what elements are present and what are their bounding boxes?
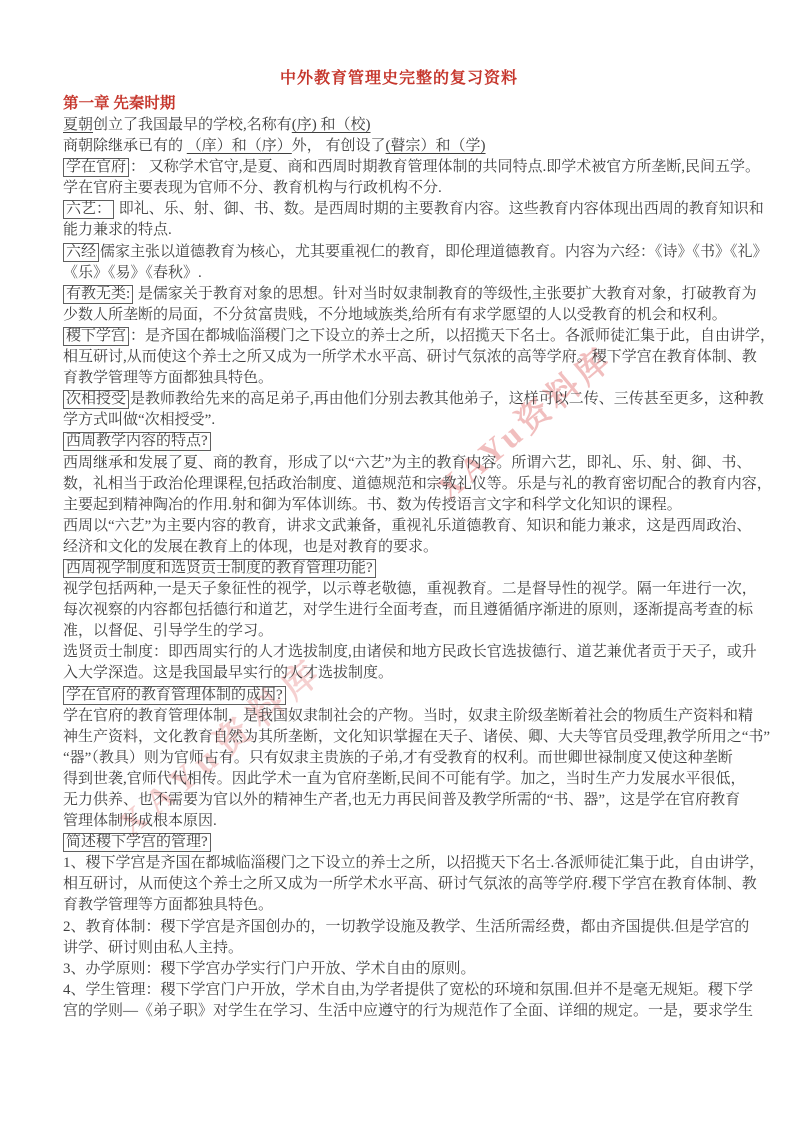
boxed-term: 次相授受 [63,390,129,409]
text-segment: 育教学管理等方面都独具特色。 [63,370,273,386]
text-segment: 创立了我国最早的学校,名称有 [93,117,292,133]
text-segment: ：是齐国在都城临淄稷门之下设立的养士之所，以招揽天下名士。各派师徒汇集于此，自由… [130,328,775,344]
text-line: 西周视学制度和选贤贡士制度的教育管理功能? [63,558,735,579]
text-line: 得到世袭,官师代代相传。因此学术一直为官府垄断,民间不可能有学。加之，当时生产力… [63,769,735,790]
boxed-term: 简述稷下学宫的管理? [63,833,211,852]
text-segment: ： 又称学术官守,是夏、商和西周时期教育管理体制的共同特点.即学术被官方所垄断,… [130,159,760,175]
lines: 夏朝创立了我国最早的学校,名称有(序) 和（校)商朝除继承已有的 （庠）和（序）… [63,115,735,1022]
text-segment: 学方式叫做“次相授受”. [63,412,215,428]
text-line: 神生产资料，文化教育自然为其所垄断，文化知识掌握在天子、诸侯、卿、大夫等官员受理… [63,727,735,748]
text-segment: 学在官府的教育管理体制，是我国奴隶制社会的产物。当时，奴隶主阶级垄断着社会的物质… [63,708,753,724]
text-line: 育教学管理等方面都独具特色。 [63,895,735,916]
text-line: 1、稷下学宫是齐国在都城临淄稷门之下设立的养士之所，以招揽天下名士.各派师徒汇集… [63,853,735,874]
text-segment: 入大学深造。这是我国最早实行的人才选拔制度。 [63,665,393,681]
underlined-term: （庠）和（序） [187,138,292,154]
underlined-term: (瞽宗）和（学) [386,138,486,154]
text-line: 相互研讨，从而使这个养士之所又成为一所学术水平高、研讨气氛浓的高等学府.稷下学宫… [63,874,735,895]
text-segment: 即礼、乐、射、御、书、数。是西周时期的主要教育内容。这些教育内容体现出西周的教育… [115,201,764,217]
text-segment: 外， 有创设了 [292,138,386,154]
text-line: 相互研讨,从而使这个养士之所又成为一所学术水平高、研讨气氛浓的高等学府。稷下学宫… [63,347,735,368]
text-line: 西周以“六艺”为主要内容的教育，讲求文武兼备，重视礼乐道德教育、知识和能力兼求，… [63,516,735,537]
text-segment: 1、稷下学宫是齐国在都城临淄稷门之下设立的养士之所，以招揽天下名士.各派师徒汇集… [63,855,764,871]
text-line: 准，以督促、引导学生的学习。 [63,621,735,642]
text-line: 能力兼求的特点. [63,220,735,241]
text-segment: 数，礼相当于政治伦理课程,包括政治制度、道德规范和宗教礼仪等。乐是与礼的教育密切… [63,476,772,492]
text-segment: 主要起到精神陶冶的作用.射和御为军体训练。书、数为传授语言文字和科学文化知识的课… [63,497,682,513]
text-segment: 西周以“六艺”为主要内容的教育，讲求文武兼备，重视礼乐道德教育、知识和能力兼求，… [63,518,751,534]
text-line: 学在官府的教育管理体制，是我国奴隶制社会的产物。当时，奴隶主阶级垄断着社会的物质… [63,706,735,727]
text-segment: 神生产资料，文化教育自然为其所垄断，文化知识掌握在天子、诸侯、卿、大夫等官员受理… [63,729,770,745]
text-line: 西周继承和发展了夏、商的教育，形成了以“六艺”为主的教育内容。所谓六艺，即礼、乐… [63,453,735,474]
text-segment: 得到世袭,官师代代相传。因此学术一直为官府垄断,民间不可能有学。加之，当时生产力… [63,771,746,787]
text-segment: 能力兼求的特点. [63,222,172,238]
text-segment: 学在官府主要表现为官师不分、教育机构与行政机构不分. [63,180,442,196]
boxed-term: 六艺： [63,200,114,219]
text-segment: 管理体制形成根本原因. [63,813,217,829]
text-line: 无力供养、也不需要为官以外的精神生产者,也无力再民间普及教学所需的“书、器”，这… [63,790,735,811]
text-line: 管理体制形成根本原因. [63,811,735,832]
text-line: 次相授受是教师教给先来的高足弟子,再由他们分别去教其他弟子，这样可以二传、三传甚… [63,389,735,410]
text-line: 《乐》《易》《春秋》. [63,263,735,284]
text-segment: 儒家主张以道德教育为核心，尤其要重视仁的教育，即伦理道德教育。内容为六经：《诗》… [100,244,768,260]
text-segment: 2、教育体制：稷下学宫是齐国创办的，一切教学设施及教学、生活所需经费，都由齐国提… [63,919,749,935]
text-segment: 无力供养、也不需要为官以外的精神生产者,也无力再民间普及教学所需的“书、器”，这… [63,792,740,808]
underlined-term: (序) 和（校) [292,117,371,133]
text-line: 3、办学原则：稷下学宫办学实行门户开放、学术自由的原则。 [63,959,735,980]
text-segment: “器”（教具）则为官师占有。只有奴隶主贵族的子弟,才有受教育的权利。而世卿世禄制… [63,750,733,766]
text-line: 少数人所垄断的局面，不分贫富贵贱，不分地域族类,给所有有求学愿望的人以受教育的机… [63,305,735,326]
text-line: 育教学管理等方面都独具特色。 [63,368,735,389]
underlined-term: 夏朝 [63,117,93,133]
text-segment: 每次视察的内容都包括德行和道艺，对学生进行全面考查，而且遵循循序渐进的原则，逐渐… [63,602,753,618]
text-segment: 《乐》《易》《春秋》. [63,265,202,281]
text-segment: 4、学生管理：稷下学宫门户开放，学术自由,为学者提供了宽松的环境和氛围.但并不是… [63,982,753,998]
text-line: 西周教学内容的特点? [63,431,735,452]
text-line: 选贤贡士制度：即西周实行的人才选拔制度,由诸侯和地方民政长官选拔德行、道艺兼优者… [63,642,735,663]
text-line: 讲学、研讨则由私人主持。 [63,938,735,959]
text-line: 经济和文化的发展在教育上的体现，也是对教育的要求。 [63,537,735,558]
text-line: 学在官府的教育管理体制的成因? [63,685,735,706]
boxed-term: 学在官府 [63,158,129,177]
text-line: 4、学生管理：稷下学宫门户开放，学术自由,为学者提供了宽松的环境和氛围.但并不是… [63,980,735,1001]
boxed-term: 六经 [63,243,99,262]
text-segment: 宫的学则—《弟子职》对学生在学习、生活中应遵守的行为规范作了全面、详细的规定。一… [63,1003,753,1019]
boxed-term: 西周视学制度和选贤贡士制度的教育管理功能? [63,559,376,578]
text-segment: 育教学管理等方面都独具特色。 [63,897,273,913]
boxed-term: 西周教学内容的特点? [63,432,211,451]
text-line: 夏朝创立了我国最早的学校,名称有(序) 和（校) [63,115,735,136]
text-line: 学在官府主要表现为官师不分、教育机构与行政机构不分. [63,178,735,199]
text-segment: 准，以督促、引导学生的学习。 [63,623,273,639]
text-line: 六艺： 即礼、乐、射、御、书、数。是西周时期的主要教育内容。这些教育内容体现出西… [63,199,735,220]
document-page: XAYu资料库 XAYu资料库 中外教育管理史完整的复习资料 第一章 先秦时期 … [0,0,794,1122]
page-content: 中外教育管理史完整的复习资料 第一章 先秦时期 夏朝创立了我国最早的学校,名称有… [63,68,735,1022]
chapter-heading: 第一章 先秦时期 [63,92,735,115]
text-line: 简述稷下学宫的管理? [63,832,735,853]
text-line: 有教无类: 是儒家关于教育对象的思想。针对当时奴隶制教育的等级性,主张要扩大教育… [63,284,735,305]
text-segment: 是儒家关于教育对象的思想。针对当时奴隶制教育的等级性,主张要扩大教育对象，打破教… [134,286,757,302]
text-line: 数，礼相当于政治伦理课程,包括政治制度、道德规范和宗教礼仪等。乐是与礼的教育密切… [63,474,735,495]
text-segment: 视学包括两种,一是天子象征性的视学，以示尊老敬德，重视教育。二是督导性的视学。隔… [63,581,757,597]
text-line: 学在官府： 又称学术官守,是夏、商和西周时期教育管理体制的共同特点.即学术被官方… [63,157,735,178]
text-line: “器”（教具）则为官师占有。只有奴隶主贵族的子弟,才有受教育的权利。而世卿世禄制… [63,748,735,769]
text-line: 2、教育体制：稷下学宫是齐国创办的，一切教学设施及教学、生活所需经费，都由齐国提… [63,917,735,938]
boxed-term: 稷下学宫 [63,327,129,346]
boxed-term: 有教无类: [63,285,133,304]
text-line: 宫的学则—《弟子职》对学生在学习、生活中应遵守的行为规范作了全面、详细的规定。一… [63,1001,735,1022]
text-line: 六经儒家主张以道德教育为核心，尤其要重视仁的教育，即伦理道德教育。内容为六经：《… [63,242,735,263]
text-segment: 3、办学原则：稷下学宫办学实行门户开放、学术自由的原则。 [63,961,476,977]
text-line: 每次视察的内容都包括德行和道艺，对学生进行全面考查，而且遵循循序渐进的原则，逐渐… [63,600,735,621]
text-segment: 西周继承和发展了夏、商的教育，形成了以“六艺”为主的教育内容。所谓六艺，即礼、乐… [63,455,751,471]
text-segment: 相互研讨，从而使这个养士之所又成为一所学术水平高、研讨气氛浓的高等学府.稷下学宫… [63,876,757,892]
text-segment: 讲学、研讨则由私人主持。 [63,940,243,956]
text-segment: 选贤贡士制度：即西周实行的人才选拔制度,由诸侯和地方民政长官选拔德行、道艺兼优者… [63,644,757,660]
boxed-term: 学在官府的教育管理体制的成因? [63,686,286,705]
text-line: 入大学深造。这是我国最早实行的人才选拔制度。 [63,663,735,684]
text-line: 视学包括两种,一是天子象征性的视学，以示尊老敬德，重视教育。二是督导性的视学。隔… [63,579,735,600]
text-segment: 经济和文化的发展在教育上的体现，也是对教育的要求。 [63,539,438,555]
page-title: 中外教育管理史完整的复习资料 [63,68,735,92]
text-segment: 相互研讨,从而使这个养士之所又成为一所学术水平高、研讨气氛浓的高等学府。稷下学宫… [63,349,757,365]
text-line: 学方式叫做“次相授受”. [63,410,735,431]
text-segment: 少数人所垄断的局面，不分贫富贵贱，不分地域族类,给所有有求学愿望的人以受教育的机… [63,307,727,323]
text-segment: 是教师教给先来的高足弟子,再由他们分别去教其他弟子，这样可以二传、三传甚至更多，… [130,391,764,407]
text-line: 稷下学宫：是齐国在都城临淄稷门之下设立的养士之所，以招揽天下名士。各派师徒汇集于… [63,326,735,347]
text-line: 主要起到精神陶冶的作用.射和御为军体训练。书、数为传授语言文字和科学文化知识的课… [63,495,735,516]
text-line: 商朝除继承已有的 （庠）和（序）外， 有创设了(瞽宗）和（学) [63,136,735,157]
text-segment: 商朝除继承已有的 [63,138,187,154]
